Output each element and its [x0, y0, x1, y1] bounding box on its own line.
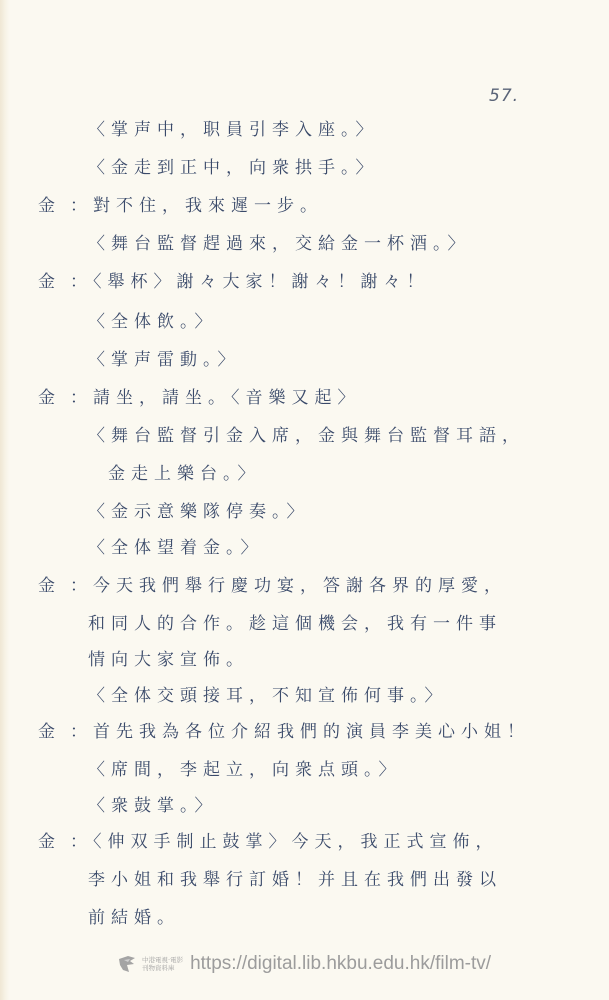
- speaker-label: 金: [38, 192, 61, 220]
- speaker-label: 金: [38, 828, 61, 856]
- archive-org-line1: 中港電視·電影: [142, 956, 183, 964]
- stage-direction-line: 金走上樂台。〉: [108, 460, 261, 488]
- stage-direction-line: 〈舞台監督引金入席，金與舞台監督耳語，: [88, 422, 525, 450]
- stage-direction-line: 情向大家宣佈。: [88, 646, 249, 674]
- archive-watermark: 中港電視·電影 刊物資料庫 https://digital.lib.hkbu.e…: [116, 950, 491, 978]
- stage-direction-line: 李小姐和我舉行訂婚！并且在我們出發以: [88, 866, 502, 894]
- dialogue-line: ：今天我們舉行慶功宴，答謝各界的厚愛，: [70, 572, 507, 600]
- speaker-label: 金: [38, 384, 61, 412]
- stage-direction-line: 〈全体望着金。〉: [88, 534, 264, 562]
- archive-org-name: 中港電視·電影 刊物資料庫: [142, 956, 183, 972]
- stage-direction-line: 前結婚。: [88, 904, 180, 932]
- dialogue-line: ：〈伸双手制止鼓掌〉今天，我正式宣佈，: [70, 828, 499, 856]
- archive-url: https://digital.lib.hkbu.edu.hk/film-tv/: [190, 953, 491, 975]
- dialogue-line: ：請坐，請坐。〈音樂又起〉: [70, 384, 361, 412]
- dialogue-line: ：首先我為各位介紹我們的演員李美心小姐！: [70, 718, 530, 746]
- dialogue-line: ：對不住，我來遲一步。: [70, 192, 323, 220]
- speaker-label: 金: [38, 268, 61, 296]
- speaker-label: 金: [38, 718, 61, 746]
- page-number: 57.: [489, 86, 519, 106]
- stage-direction-line: 〈金走到正中，向衆拱手。〉: [88, 154, 379, 182]
- stage-direction-line: 〈全体飲。〉: [88, 308, 218, 336]
- stage-direction-line: 〈掌声中，职員引李入座。〉: [88, 116, 379, 144]
- stage-direction-line: 和同人的合作。趁這個機会，我有一件事: [88, 610, 502, 638]
- stage-direction-line: 〈舞台監督趕過來，交給金一杯酒。〉: [88, 230, 471, 258]
- stage-direction-line: 〈全体交頭接耳，不知宣佈何事。〉: [88, 682, 448, 710]
- speaker-label: 金: [38, 572, 61, 600]
- dialogue-line: ：〈舉杯〉謝々大家！謝々！謝々！: [70, 268, 430, 296]
- film-archive-logo-icon: [116, 953, 138, 975]
- archive-org-line2: 刊物資料庫: [142, 964, 183, 972]
- stage-direction-line: 〈金示意樂隊停奏。〉: [88, 498, 310, 526]
- page-binding-edge: [0, 0, 10, 1000]
- stage-direction-line: 〈席間，李起立，向衆点頭。〉: [88, 756, 402, 784]
- stage-direction-line: 〈衆鼓掌。〉: [88, 792, 218, 820]
- stage-direction-line: 〈掌声雷動。〉: [88, 346, 241, 374]
